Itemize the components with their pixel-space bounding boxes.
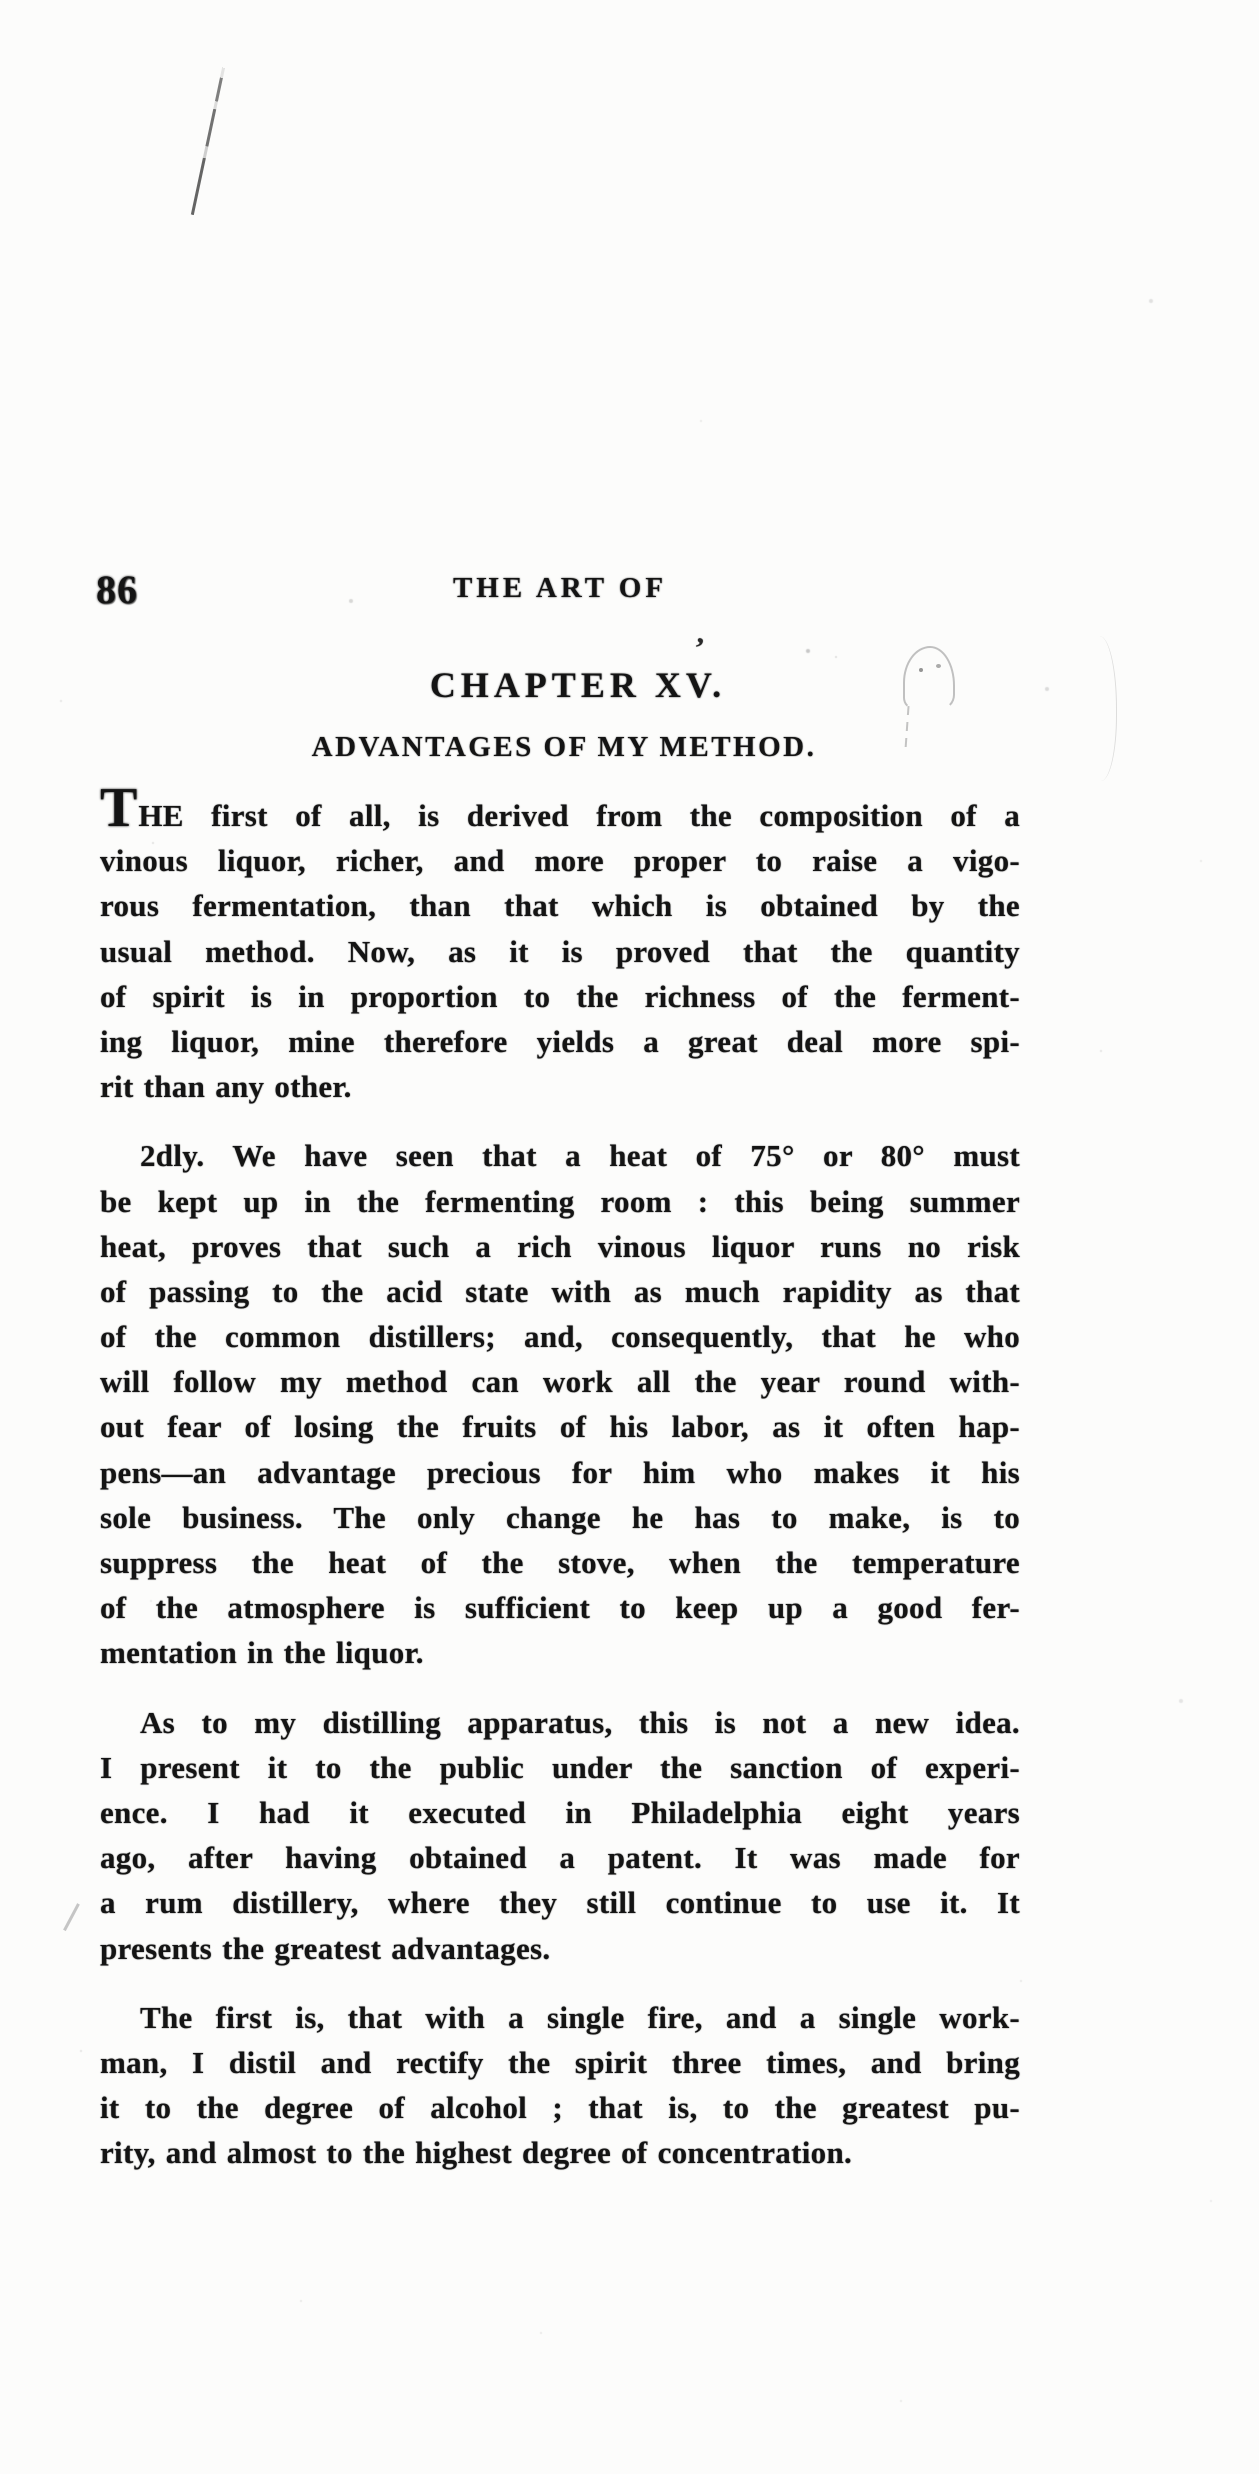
text-line: rity, and almost to the highest degree o… [100, 2130, 1020, 2175]
text-line: man, I distil and rectify the spirit thr… [100, 2040, 1020, 2085]
pencil-dot-mark [936, 664, 941, 668]
text-line: sole business. The only change he has to… [100, 1495, 1020, 1540]
text-line: of the common distillers; and, consequen… [100, 1314, 1020, 1359]
pencil-loop-mark [903, 646, 955, 710]
margin-slash-mark [63, 1903, 79, 1931]
drop-cap-letter: T [100, 777, 138, 839]
text-line: will follow my method can work all the y… [100, 1359, 1020, 1404]
text-line: of passing to the acid state with as muc… [100, 1269, 1020, 1314]
paragraph: THE first of all, is derived from the co… [100, 793, 1020, 1109]
faint-edge-arc-mark [1088, 636, 1117, 781]
text-line: it to the degree of alcohol ; that is, t… [100, 2085, 1020, 2130]
scratch-mark [191, 68, 225, 215]
section-heading: ADVANTAGES OF MY METHOD. [104, 731, 1024, 764]
text-line: rous fermentation, than that which is ob… [100, 883, 1020, 928]
text-line: a rum distillery, where they still conti… [100, 1880, 1020, 1925]
stray-apostrophe-mark: ’ [692, 631, 707, 666]
text-line: of spirit is in proportion to the richne… [100, 974, 1020, 1019]
text-line: ence. I had it executed in Philadelphia … [100, 1790, 1020, 1835]
text-line: mentation in the liquor. [100, 1630, 1020, 1675]
paragraph: The first is, that with a single fire, a… [100, 1995, 1020, 2176]
book-page-scan: 86 THE ART OF CHAPTER XV. ADVANTAGES OF … [0, 0, 1259, 2474]
running-header: THE ART OF [100, 572, 1020, 605]
text-line: The first is, that with a single fire, a… [100, 1995, 1020, 2040]
text-line: ago, after having obtained a patent. It … [100, 1835, 1020, 1880]
text-line: rit than any other. [100, 1064, 1020, 1109]
text-line: out fear of losing the fruits of his lab… [100, 1404, 1020, 1449]
text-line: THE first of all, is derived from the co… [100, 793, 1020, 838]
chapter-heading: CHAPTER XV. [118, 664, 1038, 706]
text-line: be kept up in the fermenting room : this… [100, 1179, 1020, 1224]
text-line: heat, proves that such a rich vinous liq… [100, 1224, 1020, 1269]
scan-specks [0, 0, 2, 2]
paragraph: As to my distilling apparatus, this is n… [100, 1700, 1020, 1971]
text-line: pens—an advantage precious for him who m… [100, 1450, 1020, 1495]
body-text: THE first of all, is derived from the co… [100, 793, 1020, 2175]
text-line: presents the greatest advantages. [100, 1926, 1020, 1971]
text-line: suppress the heat of the stove, when the… [100, 1540, 1020, 1585]
pencil-dot-mark [919, 668, 923, 672]
text-line: of the atmosphere is sufficient to keep … [100, 1585, 1020, 1630]
text-line: vinous liquor, richer, and more proper t… [100, 838, 1020, 883]
text-line: I present it to the public under the san… [100, 1745, 1020, 1790]
paragraph: 2dly. We have seen that a heat of 75° or… [100, 1133, 1020, 1675]
text-line: As to my distilling apparatus, this is n… [100, 1700, 1020, 1745]
text-line: usual method. Now, as it is proved that … [100, 929, 1020, 974]
text-line: ing liquor, mine therefore yields a grea… [100, 1019, 1020, 1064]
text-line: 2dly. We have seen that a heat of 75° or… [100, 1133, 1020, 1178]
